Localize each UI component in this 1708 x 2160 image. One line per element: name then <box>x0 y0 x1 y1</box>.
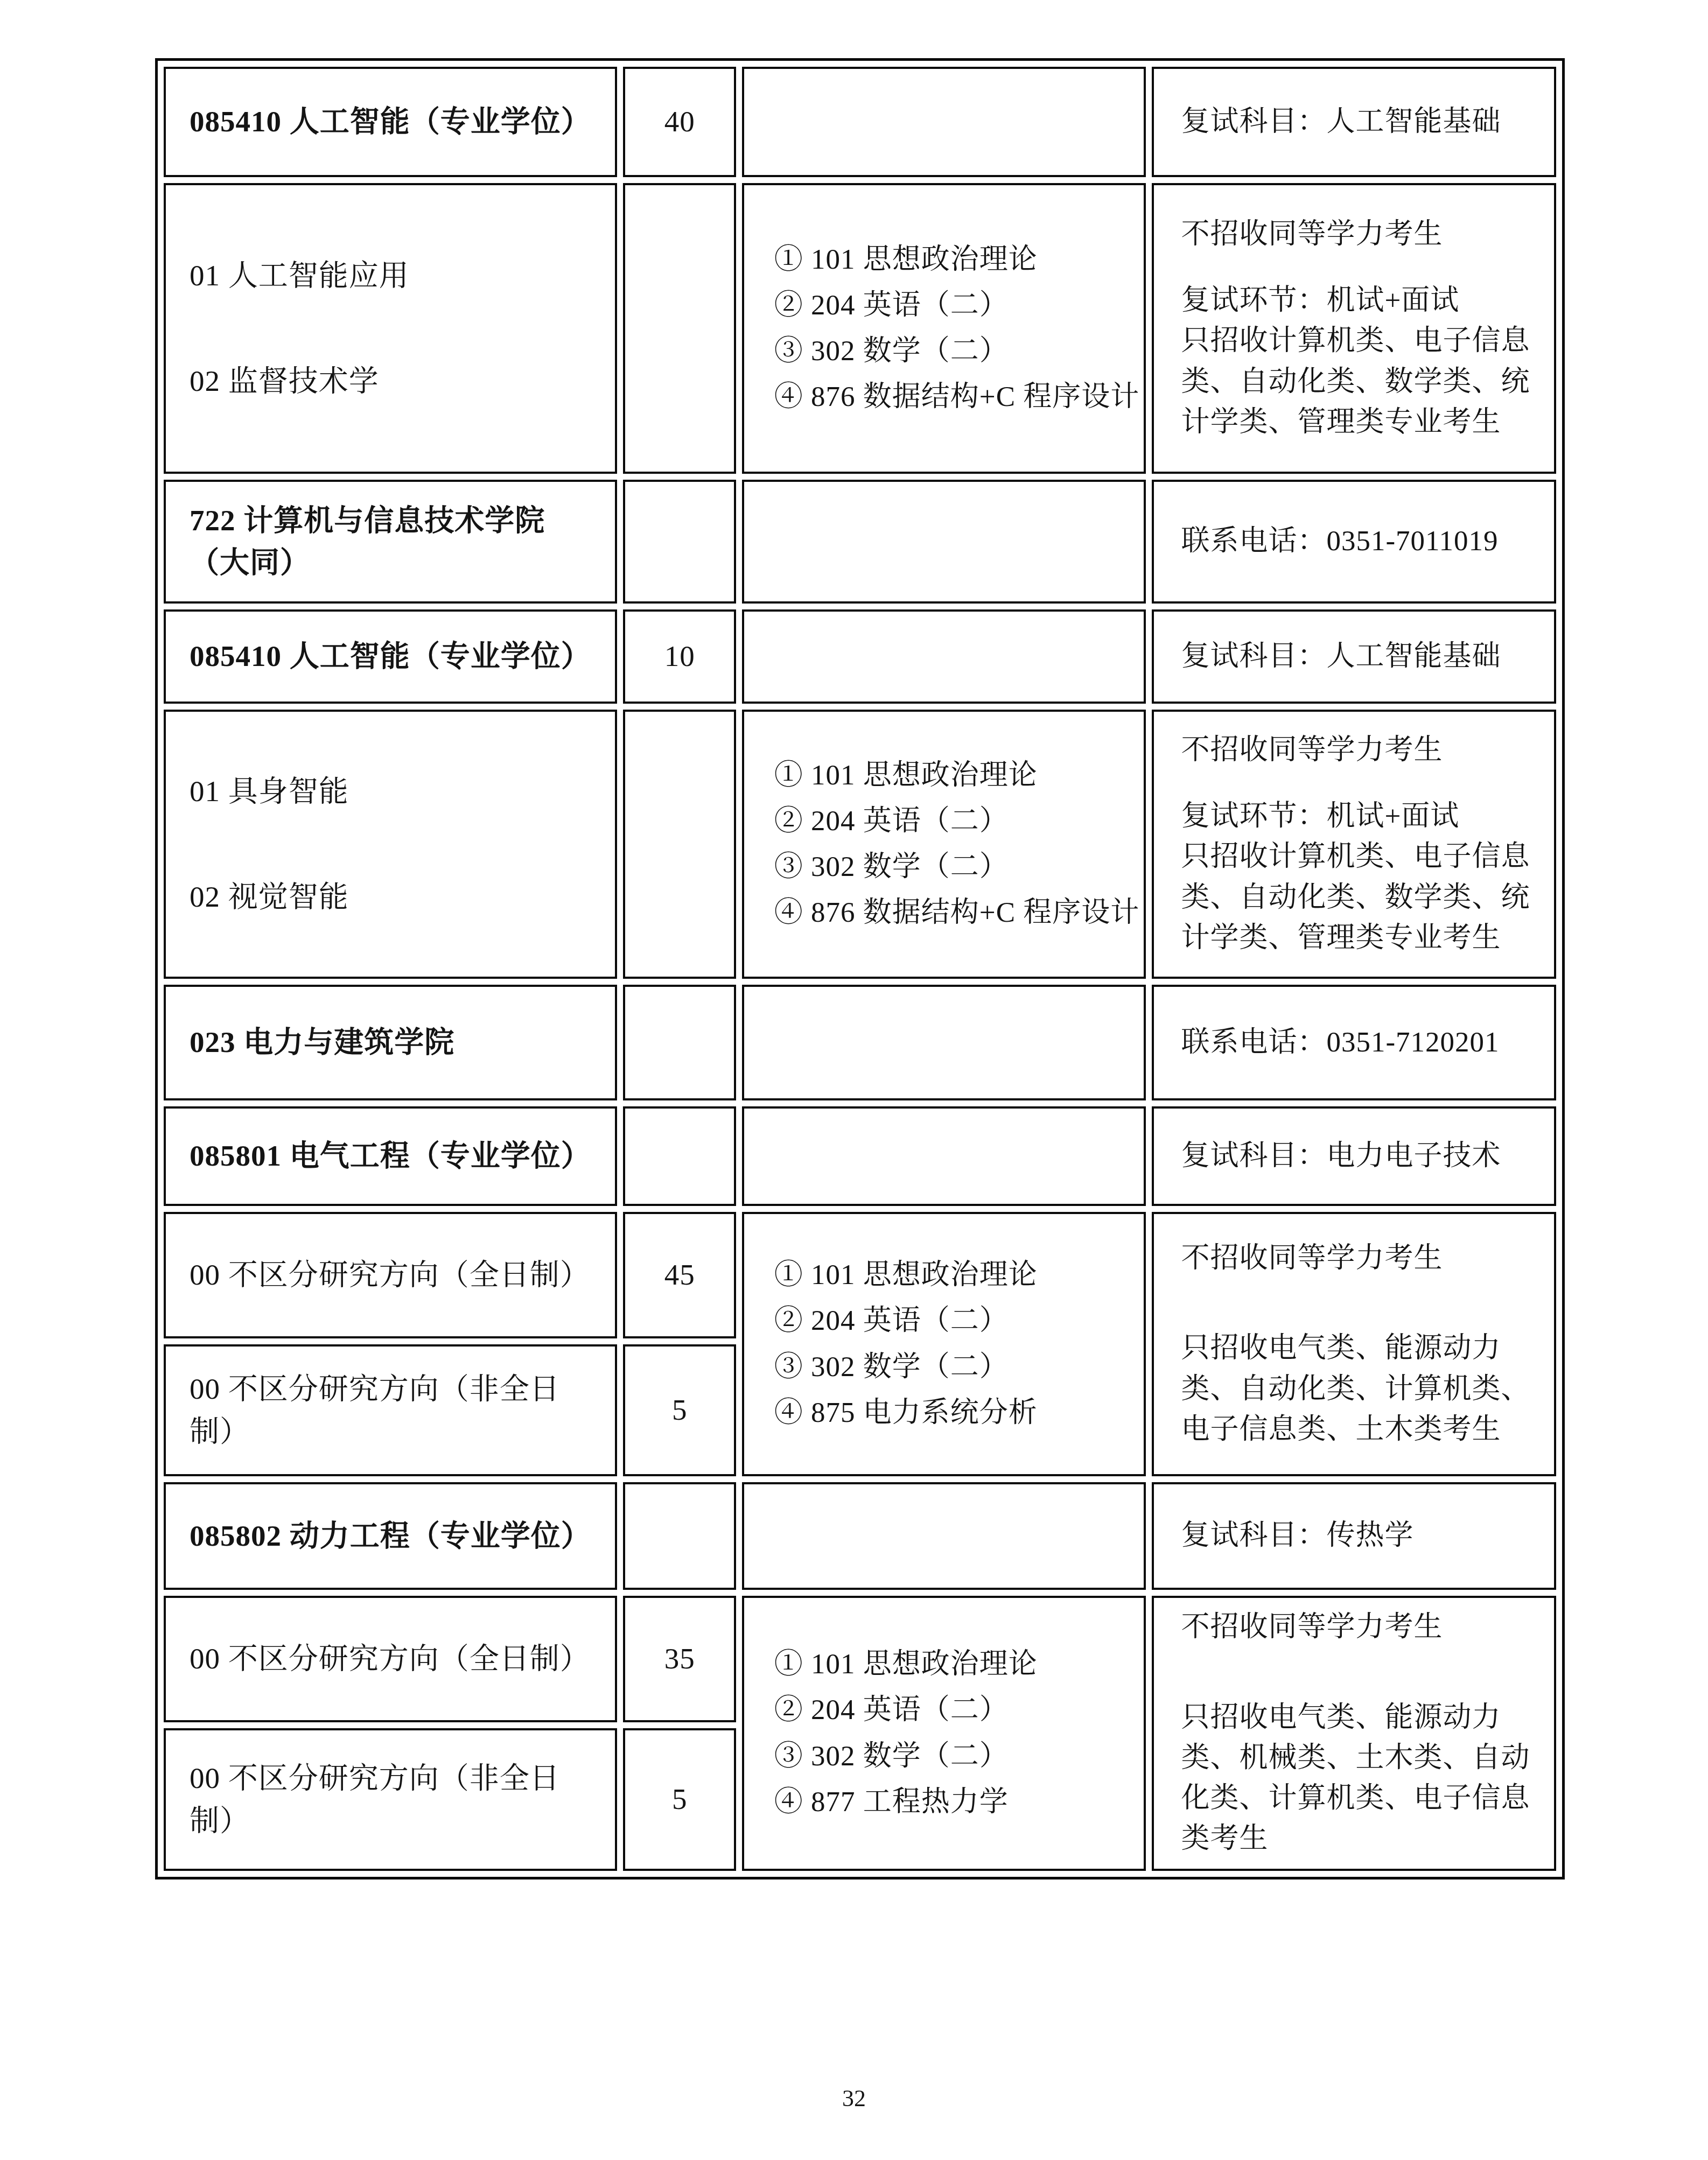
quota-cell-empty <box>623 183 736 474</box>
document-page: 085410 人工智能（专业学位） 40 复试科目：人工智能基础 01 人工智能… <box>0 0 1708 2160</box>
table-row: 085410 人工智能（专业学位） 40 复试科目：人工智能基础 <box>164 67 1556 177</box>
quota-cell: 5 <box>623 1728 736 1871</box>
exam-subjects-cell: ① 101 思想政治理论 ② 204 英语（二） ③ 302 数学（二） ④ 8… <box>742 1212 1146 1476</box>
subject-4: ④ 876 数据结构+C 程序设计 <box>774 377 1128 417</box>
remark-line: 只招收计算机类、电子信息类、自动化类、数学类、统计学类、管理类专业考生 <box>1181 321 1538 443</box>
direction-02: 02 视觉智能 <box>190 876 599 918</box>
table-row: 00 不区分研究方向（全日制） 45 ① 101 思想政治理论 ② 204 英语… <box>164 1212 1556 1338</box>
quota-cell: 40 <box>623 67 736 177</box>
remarks-cell: 复试科目：人工智能基础 <box>1152 609 1556 704</box>
quota-cell-empty <box>623 480 736 604</box>
exam-subjects-cell: ① 101 思想政治理论 ② 204 英语（二） ③ 302 数学（二） ④ 8… <box>742 1596 1146 1871</box>
exam-subjects-cell-empty <box>742 67 1146 177</box>
exam-subjects-cell-empty <box>742 480 1146 604</box>
remark-line: 不招收同等学力考生 <box>1181 214 1538 255</box>
table-row: 01 人工智能应用 02 监督技术学 ① 101 思想政治理论 ② 204 英语… <box>164 183 1556 474</box>
remarks-cell: 联系电话：0351-7120201 <box>1152 985 1556 1100</box>
table-row: 085801 电气工程（专业学位） 复试科目：电力电子技术 <box>164 1106 1556 1206</box>
direction-cell: 00 不区分研究方向（非全日制） <box>164 1344 617 1476</box>
remark-line: 只招收电气类、能源动力类、自动化类、计算机类、电子信息类、土木类考生 <box>1181 1328 1538 1450</box>
direction-cell: 01 人工智能应用 02 监督技术学 <box>164 183 617 474</box>
remarks-cell: 不招收同等学力考生 只招收电气类、能源动力类、机械类、土木类、自动化类、计算机类… <box>1152 1596 1556 1871</box>
remark-line: 只招收计算机类、电子信息类、自动化类、数学类、统计学类、管理类专业考生 <box>1181 837 1538 958</box>
remarks-cell: 联系电话：0351-7011019 <box>1152 480 1556 604</box>
subject-3: ③ 302 数学（二） <box>774 1736 1128 1777</box>
exam-subjects-cell: ① 101 思想政治理论 ② 204 英语（二） ③ 302 数学（二） ④ 8… <box>742 710 1146 979</box>
quota-cell: 35 <box>623 1596 736 1722</box>
subject-3: ③ 302 数学（二） <box>774 1347 1128 1387</box>
program-cell: 085410 人工智能（专业学位） <box>164 67 617 177</box>
remark-line: 不招收同等学力考生 <box>1181 1607 1538 1647</box>
subject-1: ① 101 思想政治理论 <box>774 1644 1128 1685</box>
subject-3: ③ 302 数学（二） <box>774 331 1128 371</box>
subject-1: ① 101 思想政治理论 <box>774 1255 1128 1295</box>
direction-cell: 00 不区分研究方向（非全日制） <box>164 1728 617 1871</box>
program-cell: 085801 电气工程（专业学位） <box>164 1106 617 1206</box>
remarks-cell: 复试科目：人工智能基础 <box>1152 67 1556 177</box>
subject-3: ③ 302 数学（二） <box>774 847 1128 887</box>
subject-2: ② 204 英语（二） <box>774 285 1128 326</box>
table-row: 085410 人工智能（专业学位） 10 复试科目：人工智能基础 <box>164 609 1556 704</box>
table-row: 023 电力与建筑学院 联系电话：0351-7120201 <box>164 985 1556 1100</box>
direction-cell: 01 具身智能 02 视觉智能 <box>164 710 617 979</box>
program-cell: 085802 动力工程（专业学位） <box>164 1482 617 1590</box>
table-row: 085802 动力工程（专业学位） 复试科目：传热学 <box>164 1482 1556 1590</box>
exam-subjects-cell-empty <box>742 609 1146 704</box>
quota-cell: 45 <box>623 1212 736 1338</box>
remarks-cell: 不招收同等学力考生 复试环节：机试+面试 只招收计算机类、电子信息类、自动化类、… <box>1152 710 1556 979</box>
direction-01: 01 具身智能 <box>190 770 599 812</box>
remark-line: 不招收同等学力考生 <box>1181 730 1538 770</box>
subject-4: ④ 877 工程热力学 <box>774 1782 1128 1822</box>
subject-1: ① 101 思想政治理论 <box>774 240 1128 280</box>
remarks-cell: 复试科目：电力电子技术 <box>1152 1106 1556 1206</box>
subject-1: ① 101 思想政治理论 <box>774 755 1128 796</box>
quota-cell-empty <box>623 985 736 1100</box>
table-row: 722 计算机与信息技术学院（大同） 联系电话：0351-7011019 <box>164 480 1556 604</box>
remark-line: 复试环节：机试+面试 <box>1181 796 1538 837</box>
quota-cell: 10 <box>623 609 736 704</box>
direction-01: 01 人工智能应用 <box>190 255 599 297</box>
subject-2: ② 204 英语（二） <box>774 1301 1128 1341</box>
admissions-table: 085410 人工智能（专业学位） 40 复试科目：人工智能基础 01 人工智能… <box>155 58 1565 1880</box>
remarks-cell: 不招收同等学力考生 只招收电气类、能源动力类、自动化类、计算机类、电子信息类、土… <box>1152 1212 1556 1476</box>
exam-subjects-cell-empty <box>742 985 1146 1100</box>
quota-cell-empty <box>623 1106 736 1206</box>
remarks-cell: 不招收同等学力考生 复试环节：机试+面试 只招收计算机类、电子信息类、自动化类、… <box>1152 183 1556 474</box>
remark-line: 不招收同等学力考生 <box>1181 1238 1538 1279</box>
subject-2: ② 204 英语（二） <box>774 1690 1128 1730</box>
college-cell: 722 计算机与信息技术学院（大同） <box>164 480 617 604</box>
program-cell: 085410 人工智能（专业学位） <box>164 609 617 704</box>
subject-4: ④ 875 电力系统分析 <box>774 1393 1128 1433</box>
remark-line: 只招收电气类、能源动力类、机械类、土木类、自动化类、计算机类、电子信息类考生 <box>1181 1698 1538 1860</box>
direction-cell: 00 不区分研究方向（全日制） <box>164 1596 617 1722</box>
remarks-cell: 复试科目：传热学 <box>1152 1482 1556 1590</box>
subject-4: ④ 876 数据结构+C 程序设计 <box>774 893 1128 933</box>
exam-subjects-cell-empty <box>742 1106 1146 1206</box>
exam-subjects-cell-empty <box>742 1482 1146 1590</box>
direction-cell: 00 不区分研究方向（全日制） <box>164 1212 617 1338</box>
direction-02: 02 监督技术学 <box>190 360 599 402</box>
college-cell: 023 电力与建筑学院 <box>164 985 617 1100</box>
page-number: 32 <box>0 2085 1708 2112</box>
remark-line: 复试环节：机试+面试 <box>1181 280 1538 321</box>
table-row: 01 具身智能 02 视觉智能 ① 101 思想政治理论 ② 204 英语（二）… <box>164 710 1556 979</box>
exam-subjects-cell: ① 101 思想政治理论 ② 204 英语（二） ③ 302 数学（二） ④ 8… <box>742 183 1146 474</box>
quota-cell-empty <box>623 710 736 979</box>
subject-2: ② 204 英语（二） <box>774 801 1128 841</box>
quota-cell-empty <box>623 1482 736 1590</box>
quota-cell: 5 <box>623 1344 736 1476</box>
table-row: 00 不区分研究方向（全日制） 35 ① 101 思想政治理论 ② 204 英语… <box>164 1596 1556 1722</box>
